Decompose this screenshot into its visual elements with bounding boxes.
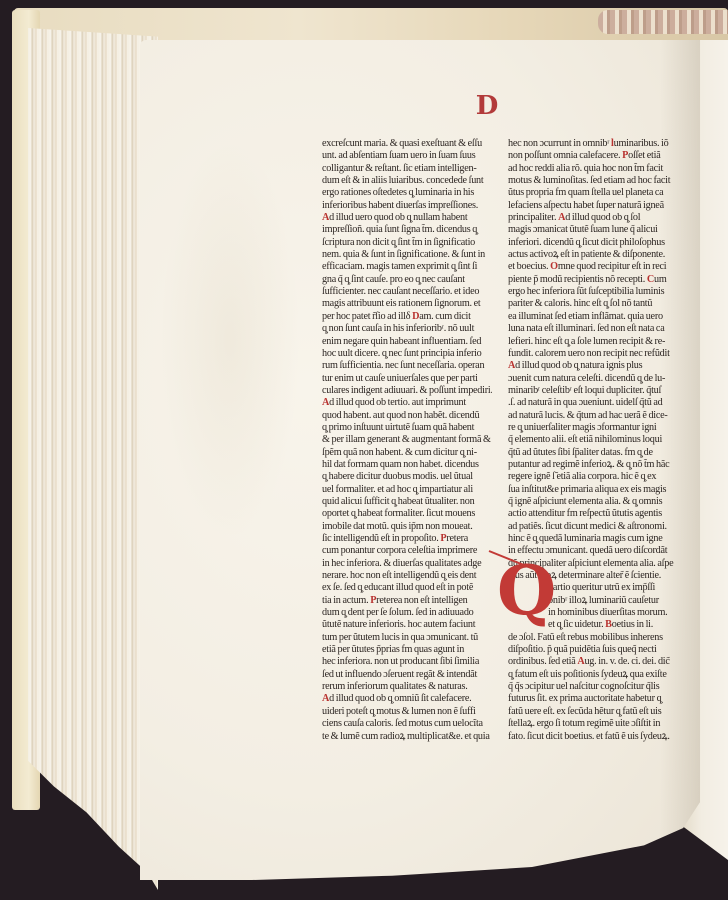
text-line: q̧ habere dicitur duobus modis. uel ũtu… <box>322 471 492 483</box>
text-line: per hoc patet r̃ſio ad illδ Dam. cum dic… <box>322 311 492 323</box>
text-line: magis attribuunt eis rationem ſignorum. … <box>322 298 492 310</box>
text-line: gna q̃ q̧ ſint cauſe. pro eo q̧ nec cauſ… <box>322 274 492 286</box>
pilcrow-mark: C <box>647 274 654 285</box>
pilcrow-mark: A <box>558 212 565 223</box>
text-line: te & lumẽ cum radioꝝ multiplicat&e. et … <box>322 731 492 743</box>
text-line: uideri poteſt q̧ motus & lumen non ẽ ſu… <box>322 706 492 718</box>
text-line: hec inferiora. non ut producant ſibi ſim… <box>322 656 492 668</box>
text-line: actus activoꝝ eſt in patiente & diſponen… <box>508 249 684 261</box>
pilcrow-mark: D <box>412 311 419 322</box>
text-line: rerum inferiorum qualitates & naturas. <box>322 681 492 693</box>
text-line: ciens cauſa caloris. ſed motus cum ueloc… <box>322 718 492 730</box>
text-line: q̃tũ ad ũtutes ſibi ſp̃aliter datas. ḟ… <box>508 447 684 459</box>
text-line: non poſſunt omnia calefacere. Poſſet eti… <box>508 150 684 162</box>
text-line: ɔuenit cum natura celeſti. dicendũ q̧ d… <box>508 373 684 385</box>
text-line: q̧ non ſunt cauſa in his inferioribʳ. no… <box>322 323 492 335</box>
text-line: cum ponantur corpora celeſtia imprimere <box>322 545 492 557</box>
text-line: tia in actum. Preterea non eſt intellige… <box>322 595 492 607</box>
pilcrow-mark: B <box>605 619 612 630</box>
text-line: quod habent. aut quod non habẽt. dicend… <box>322 410 492 422</box>
text-line: ea illuminat ſed etiam inflãmat. quia u… <box>508 311 684 323</box>
text-line: rum ſufficientia. nec ſunt neceſſaria. o… <box>322 360 492 372</box>
text-line: colligantur & reſtant. ſic etiam intelli… <box>322 163 492 175</box>
text-line: hinc ẽ q̧ quedã luminaria magis cum ig… <box>508 533 684 545</box>
text-line: fato. ſicut dicit boetius. et fatũ ẽ u… <box>508 731 684 743</box>
text-line: ũtus propria ḟm quam ſtella uel planeta… <box>508 187 684 199</box>
pilcrow-mark: P <box>622 150 628 161</box>
text-line: ſpẽm quã non habent. & cum dicitur q̧ … <box>322 447 492 459</box>
headband <box>598 10 728 34</box>
text-line: etiã per ũtutes p̃prias ḟm quas agunt … <box>322 644 492 656</box>
text-line: dum eſt & in aliis luiaribus. concedede … <box>322 175 492 187</box>
text-line: oportet q̧ habeat formaliter. ſicut moue… <box>322 508 492 520</box>
text-line: piente p̃ modũ recipientis nõ recepti.… <box>508 274 684 286</box>
text-line: inferioribus habent diuerſas impreſſione… <box>322 200 492 212</box>
text-line: in hec inferiora. & diuerſas qualitates … <box>322 558 492 570</box>
text-line: Ad illud quod ob̃ q̧ omniũ ſit caleface… <box>322 693 492 705</box>
text-line: dum q̧ dent per ſe ſolum. ſed in adiuuad… <box>322 607 492 619</box>
text-line: fundit. calorem uero non recipit nec ref… <box>508 348 684 360</box>
page-edges-stack <box>28 28 158 890</box>
pilcrow-mark: A <box>508 360 515 371</box>
pilcrow-mark: A <box>322 693 329 704</box>
text-line: et boecius. Omne quod recipitur eſt in r… <box>508 261 684 273</box>
text-line: efficaciam. magis tamen exprimit q̧ ſint… <box>322 261 492 273</box>
text-line: excreſcunt maria. & quasi exeſtuant & eſ… <box>322 138 492 150</box>
text-line: enim negare quin habeant influentiam. ſe… <box>322 336 492 348</box>
text-line: ergo rationes oſtedetes q̧ luminaria in … <box>322 187 492 199</box>
signature-mark: D <box>472 91 502 121</box>
text-line: uel formaliter. et ad hoc q̧ impartiatur… <box>322 484 492 496</box>
paper-stain <box>160 140 300 540</box>
text-line: pariter & caloris. hinc eſt q̧ ſol nõ t… <box>508 298 684 310</box>
text-line: ad naturã lucis. & q̃tum ad hac uerã e… <box>508 410 684 422</box>
text-line: q̧ primo inſtuunt uirtutẽ ſuam quã hab… <box>322 422 492 434</box>
text-line: Ad illud uero quod ob̃ q̧ nullam habent <box>322 212 492 224</box>
text-line: Ad illud quod ob̃ tertio. aut imprimunt <box>322 397 492 409</box>
text-line: ſua inſtitut&e primaria aliqua ex eis ma… <box>508 484 684 496</box>
text-line: unt. ad abſentiam ſuam uero in ſuam ſuus <box>322 150 492 162</box>
pilcrow-mark: P <box>440 533 446 544</box>
text-line: impreſſioñ. quia ſunt ſigna t̃m. dicend… <box>322 224 492 236</box>
text-line: ſed ut influendo ɔſeruent regãt & inten… <box>322 669 492 681</box>
pilcrow-mark: A <box>322 397 329 408</box>
pilcrow-mark: l <box>611 138 614 149</box>
text-line: q̃ elemento alii. eſt etiã nihilominus … <box>508 434 684 446</box>
pilcrow-mark: A <box>577 656 584 667</box>
text-line: nem. quia & ſunt in ſignificatione. & ſu… <box>322 249 492 261</box>
text-line: ſtellaꝝ. ergo ſi totum regimẽ uite ɔſiſ… <box>508 718 684 730</box>
text-line: .ſ. ad naturã in qua ɔueniunt. uidelſ q… <box>508 397 684 409</box>
text-line: ad hoc reddi alia rõ. quia hoc non t̃m … <box>508 163 684 175</box>
text-line: putantur ad regimẽ inferioꝝ. & q̧ nõ t… <box>508 459 684 471</box>
text-line: nerare. hoc non eſt intelligendũ q̧ eis… <box>322 570 492 582</box>
text-line: luna nata eſt illuminari. ſed non eſt na… <box>508 323 684 335</box>
text-line: lefieri. hinc eſt q̧ a ſole lumen recipi… <box>508 336 684 348</box>
text-line: lefaciens aſpectu habet ſuper naturã ig… <box>508 200 684 212</box>
text-line: tum per ũtutem lucis in qua ɔmunicant. … <box>322 632 492 644</box>
text-line: hoc uult dicere. q̧ nec ſunt principia i… <box>322 348 492 360</box>
text-line: hec non ɔcurrunt in omnibʳ luminaribus. … <box>508 138 684 150</box>
text-line: regere ignẽ ſ̃ etiã alia corpora. hic … <box>508 471 684 483</box>
text-line: quid alicui ſufficit q̧ habeat ũtualite… <box>322 496 492 508</box>
text-line: ex ſe. ſed q̧ educant illud quod eſt in … <box>322 582 492 594</box>
text-line: ſic intelligendũ eſt in propoſito. Pret… <box>322 533 492 545</box>
text-line: tur enim ut cauſe uniuerſales que per pa… <box>322 373 492 385</box>
text-line: ergo hec inferiora ſũt ſuſceptibilia lu… <box>508 286 684 298</box>
text-line: culares indigent adiuuari. & poſſunt imp… <box>322 385 492 397</box>
text-line: q̃ q̃s ɔcipitur uel naſcitur cognoſcitur… <box>508 681 684 693</box>
text-line: inferiori. dicendũ q̧ ſicut dicit philo… <box>508 237 684 249</box>
text-column-right: hec non ɔcurrunt in omnibʳ luminaribus. … <box>508 138 684 743</box>
text-line: re q̧ uniuerſaliter magis ɔformantur ign… <box>508 422 684 434</box>
text-line: imobile dat motũ. quis ip̃m non moueat. <box>322 521 492 533</box>
text-line: q̃ ignẽ aſpiciunt elementa alia. & q̧ o… <box>508 496 684 508</box>
text-line: fatũ uere eſt. ex ſecũda hẽtur q̧ fat… <box>508 706 684 718</box>
text-line: motus & luminoſitas. ſed etiam ad hoc fa… <box>508 175 684 187</box>
text-line: magis ɔmanicat ũtutẽ ſuam lune q̃ alic… <box>508 224 684 236</box>
pilcrow-mark: P <box>370 595 376 606</box>
text-line: ſufficienter. nec cauſant neceſſario. et… <box>322 286 492 298</box>
text-line: ordinibus. ſed etiã Aug. in. v. de. ci.… <box>508 656 684 668</box>
text-line: Ad illud quod ob̃ q̧ natura ignis plus <box>508 360 684 372</box>
text-line: & per illam generant & augmentant formã… <box>322 434 492 446</box>
text-line: ũtutẽ nature inferioris. hoc autem fac… <box>322 619 492 631</box>
text-line: futurus ſit. ex prima auctoritate habetu… <box>508 693 684 705</box>
rubricated-initial-q: Q <box>497 556 545 626</box>
text-line: q̧ fatum eſt uis poſitionis ſydeuꝝ qua e… <box>508 669 684 681</box>
text-line: de ɔſol. Fatũ eſt rebus mobilibus inher… <box>508 632 684 644</box>
text-line: minaribʳ celeſtibʳ eſt loqui dupliciter.… <box>508 385 684 397</box>
text-column-left: excreſcunt maria. & quasi exeſtuant & eſ… <box>322 138 492 743</box>
text-line: actio attenditur ḟm reſpectũ ũtutis ag… <box>508 508 684 520</box>
text-line: ſcriptura non dicit q̧ ſint t̃m in ſigni… <box>322 237 492 249</box>
text-line: ad patiẽs. ſicut dicunt medici & aſtron… <box>508 521 684 533</box>
text-line: diſpoſitio. p̃ quã puidẽtia ſuis queq̃… <box>508 644 684 656</box>
text-line: hil dat formam quam non habet. dicendus <box>322 459 492 471</box>
pilcrow-mark: A <box>322 212 329 223</box>
text-line: principaliter. Ad illud quod ob̃ q̧ ſol <box>508 212 684 224</box>
pilcrow-mark: O <box>550 261 558 272</box>
